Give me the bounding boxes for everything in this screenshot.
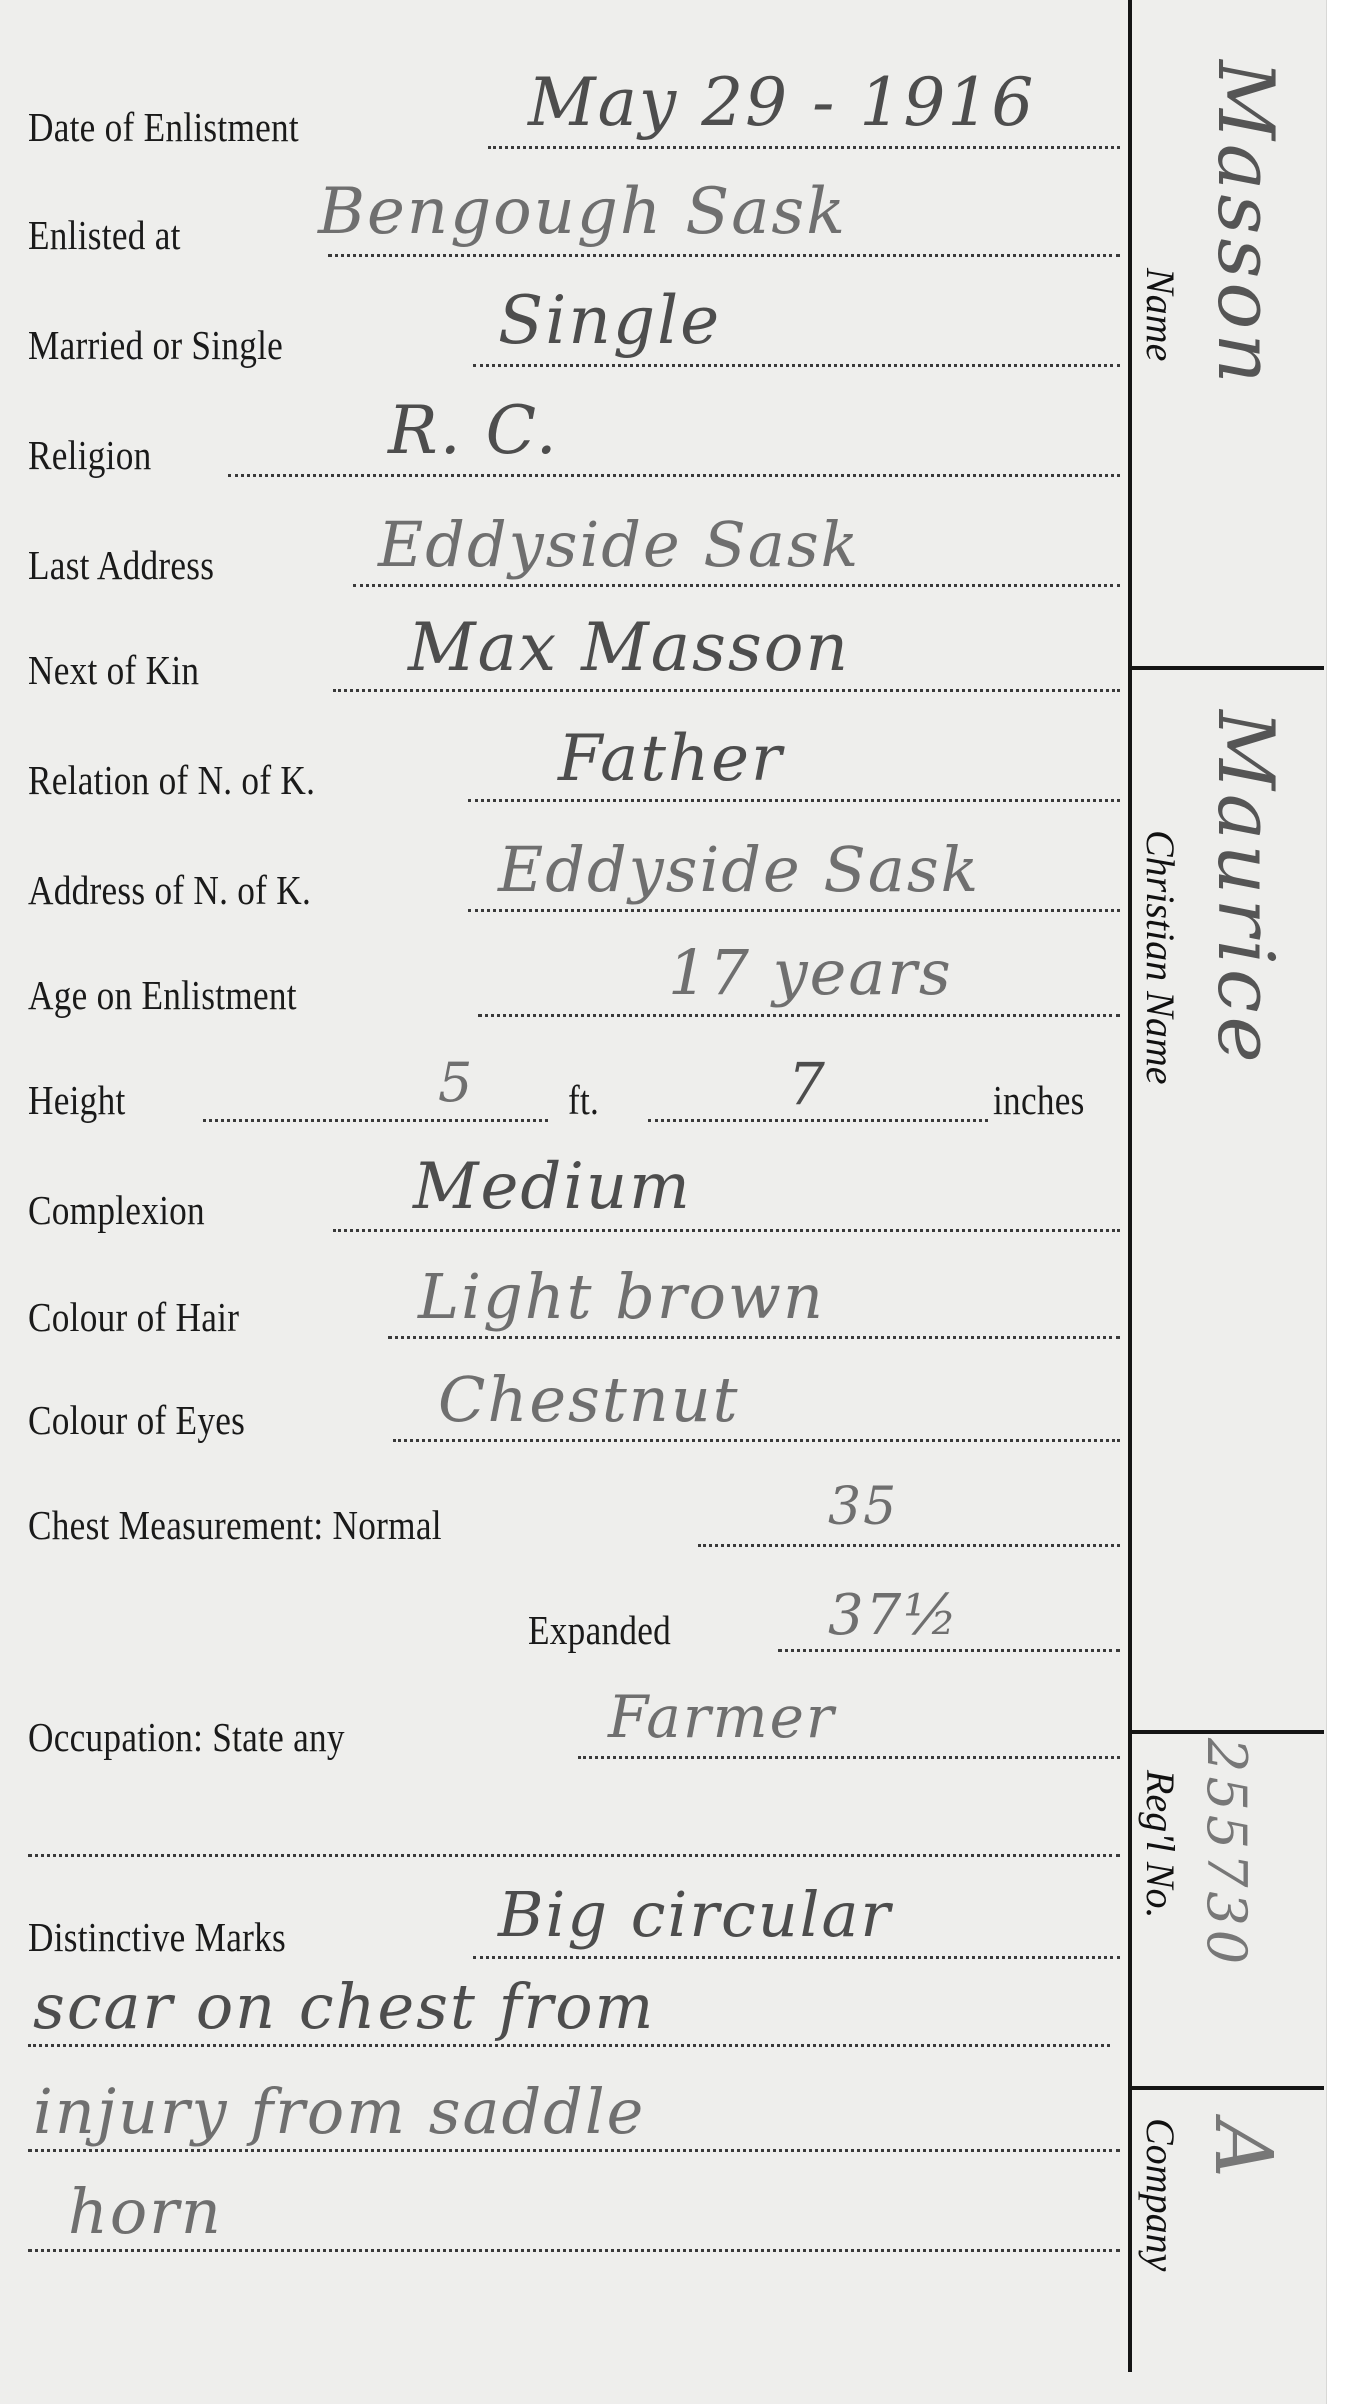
field-line-feet bbox=[203, 1119, 548, 1122]
height-feet-unit: ft. bbox=[568, 1076, 599, 1124]
field-label: Colour of Eyes bbox=[28, 1396, 245, 1444]
field-next-of-kin: Next of Kin Max Masson bbox=[28, 638, 1120, 698]
field-label: Address of N. of K. bbox=[28, 866, 311, 914]
field-height: Height 5 ft. 7 inches bbox=[28, 1068, 1120, 1128]
field-label: Chest Measurement: Normal bbox=[28, 1501, 442, 1549]
field-line bbox=[488, 146, 1120, 149]
field-line bbox=[698, 1544, 1120, 1547]
field-value[interactable]: Farmer bbox=[608, 1683, 836, 1751]
field-label: Married or Single bbox=[28, 321, 283, 369]
field-relation-nok: Relation of N. of K. Father bbox=[28, 748, 1120, 808]
field-enlisted-at: Enlisted at Bengough Sask bbox=[28, 203, 1120, 263]
field-date-of-enlistment: Date of Enlistment May 29 - 1916 bbox=[28, 95, 1120, 155]
field-chest-expanded: Expanded 37½ bbox=[28, 1598, 1120, 1658]
field-line bbox=[393, 1439, 1120, 1442]
field-line bbox=[388, 1336, 1120, 1339]
field-religion: Religion R. C. bbox=[28, 423, 1120, 483]
field-distinctive-marks-line-2: scar on chest from bbox=[28, 1993, 1120, 2053]
sidebar-regtl-no-value[interactable]: 255730 bbox=[1195, 1738, 1258, 1968]
field-colour-of-eyes: Colour of Eyes Chestnut bbox=[28, 1388, 1120, 1448]
field-value[interactable]: scar on chest from bbox=[33, 1970, 655, 2043]
field-married-or-single: Married or Single Single bbox=[28, 313, 1120, 373]
field-value[interactable]: Single bbox=[498, 282, 721, 359]
field-line bbox=[478, 1014, 1120, 1017]
field-value[interactable]: Medium bbox=[413, 1150, 692, 1224]
field-age-on-enlistment: Age on Enlistment 17 years bbox=[28, 963, 1120, 1023]
sidebar-company-label: Company bbox=[1137, 2118, 1184, 2271]
field-value[interactable]: Eddyside Sask bbox=[498, 833, 980, 906]
field-label: Last Address bbox=[28, 541, 214, 589]
field-line bbox=[468, 799, 1120, 802]
field-label: Height bbox=[28, 1076, 126, 1124]
field-address-nok: Address of N. of K. Eddyside Sask bbox=[28, 858, 1120, 918]
field-label: Religion bbox=[28, 431, 152, 479]
field-distinctive-marks-line-4: horn bbox=[28, 2198, 1120, 2258]
sidebar-name-value[interactable]: Masson bbox=[1200, 60, 1290, 388]
field-value[interactable]: Chestnut bbox=[438, 1363, 740, 1436]
column-divider bbox=[1128, 0, 1132, 2372]
field-line bbox=[333, 1229, 1120, 1232]
field-distinctive-marks: Distinctive Marks Big circular bbox=[28, 1905, 1120, 1965]
height-inches-unit: inches bbox=[993, 1076, 1085, 1124]
field-label: Distinctive Marks bbox=[28, 1913, 286, 1961]
field-label: Relation of N. of K. bbox=[28, 756, 315, 804]
field-label: Colour of Hair bbox=[28, 1293, 239, 1341]
sidebar-company-value[interactable]: A bbox=[1197, 2120, 1290, 2182]
sidebar-regtl-no-label: Reg'l No. bbox=[1137, 1770, 1184, 1919]
field-value[interactable]: Big circular bbox=[498, 1878, 892, 1951]
field-value[interactable]: Light brown bbox=[418, 1260, 825, 1333]
field-line bbox=[778, 1649, 1120, 1652]
field-value[interactable]: May 29 - 1916 bbox=[528, 64, 1035, 141]
field-line bbox=[578, 1756, 1120, 1759]
sidebar-divider-name bbox=[1132, 666, 1324, 670]
field-value[interactable]: horn bbox=[68, 2175, 223, 2248]
field-line bbox=[353, 584, 1120, 587]
field-value[interactable]: 37½ bbox=[828, 1583, 960, 1648]
field-line bbox=[28, 2044, 1110, 2047]
field-line bbox=[473, 1956, 1120, 1959]
field-colour-of-hair: Colour of Hair Light brown bbox=[28, 1285, 1120, 1345]
field-value[interactable]: 35 bbox=[828, 1477, 898, 1537]
field-value[interactable]: 17 years bbox=[668, 936, 953, 1009]
field-line bbox=[473, 364, 1120, 367]
sidebar-christian-name-value[interactable]: Maurice bbox=[1200, 710, 1290, 1067]
field-distinctive-marks-line-3: injury from saddle bbox=[28, 2098, 1120, 2158]
field-chest-normal: Chest Measurement: Normal 35 bbox=[28, 1493, 1120, 1553]
field-line bbox=[228, 474, 1120, 477]
field-value[interactable]: Bengough Sask bbox=[318, 175, 847, 249]
field-line bbox=[28, 1854, 1120, 1857]
field-occupation-continued bbox=[28, 1803, 1120, 1863]
field-line bbox=[28, 2249, 1120, 2252]
field-label: Next of Kin bbox=[28, 646, 199, 694]
field-value[interactable]: injury from saddle bbox=[33, 2075, 645, 2148]
height-feet-value[interactable]: 5 bbox=[438, 1051, 474, 1114]
field-line bbox=[28, 2149, 1120, 2152]
field-value[interactable]: Eddyside Sask bbox=[378, 508, 860, 581]
field-line bbox=[328, 254, 1120, 257]
field-label: Expanded bbox=[528, 1606, 671, 1654]
field-line bbox=[468, 909, 1120, 912]
field-label: Occupation: State any bbox=[28, 1713, 345, 1761]
field-label: Age on Enlistment bbox=[28, 971, 297, 1019]
sidebar-divider-regtl bbox=[1132, 2086, 1324, 2090]
field-label: Date of Enlistment bbox=[28, 103, 299, 151]
field-line bbox=[333, 689, 1120, 692]
field-last-address: Last Address Eddyside Sask bbox=[28, 533, 1120, 593]
height-inches-value[interactable]: 7 bbox=[788, 1050, 827, 1118]
field-value[interactable]: R. C. bbox=[388, 392, 559, 469]
field-line-inches bbox=[648, 1119, 988, 1122]
field-value[interactable]: Max Masson bbox=[408, 609, 850, 686]
attestation-card: Date of Enlistment May 29 - 1916 Enliste… bbox=[0, 0, 1327, 2404]
field-label: Enlisted at bbox=[28, 211, 181, 259]
field-label: Complexion bbox=[28, 1186, 205, 1234]
sidebar-christian-name-label: Christian Name bbox=[1137, 830, 1184, 1084]
sidebar-divider-christian bbox=[1132, 1730, 1324, 1734]
sidebar-name-label: Name bbox=[1137, 268, 1184, 361]
field-occupation: Occupation: State any Farmer bbox=[28, 1705, 1120, 1765]
field-value[interactable]: Father bbox=[558, 722, 784, 796]
field-complexion: Complexion Medium bbox=[28, 1178, 1120, 1238]
